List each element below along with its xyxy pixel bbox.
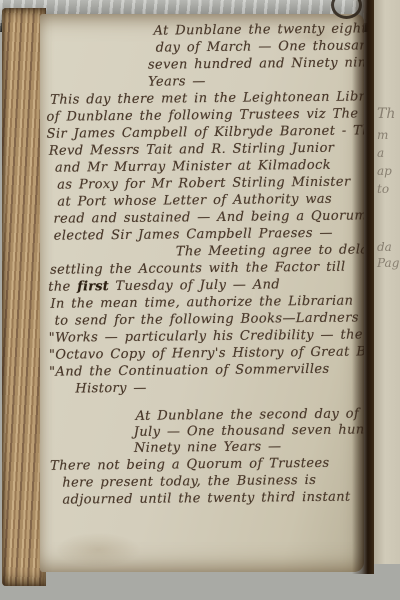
gutter-shadow	[352, 0, 374, 574]
manuscript-line: There not being a Quorum of Trustees	[50, 454, 364, 474]
line-fragment: Tuesday of July — And	[109, 277, 280, 294]
entry-march-body: This day there met in the Leightonean Li…	[46, 88, 364, 244]
facing-text-fragment: da	[377, 240, 392, 254]
manuscript-line: settling the Accounts with the Factor ti…	[48, 258, 364, 278]
line-fragment: the	[48, 279, 77, 294]
facing-text-fragment: Pag	[377, 256, 399, 270]
facing-text-fragment: a	[377, 146, 384, 160]
manuscript-line: "And the Continuation of Sommervilles	[49, 360, 364, 380]
facing-text-fragment: to	[377, 182, 389, 196]
handwritten-text: At Dunblane the twenty eighth day of Mar…	[45, 20, 364, 508]
resolution-body: The Meeting agree to delay settling the …	[48, 241, 364, 397]
emphasized-word: first	[77, 279, 109, 294]
manuscript-line: July — One thousand seven hundred and	[50, 422, 364, 441]
manuscript-line: History —	[49, 377, 364, 397]
entry-july-body: There not being a Quorum of Trustees her…	[50, 454, 364, 508]
entry-heading-july: At Dunblane the second day of July — One…	[50, 406, 364, 457]
manuscript-line: adjourned until the twenty third instant	[50, 488, 364, 508]
facing-text-fragment: Th	[377, 106, 395, 122]
facing-text-fragment: ap	[377, 164, 392, 178]
facing-text-fragment: m	[377, 128, 388, 142]
entry-heading-march: At Dunblane the twenty eighth day of Mar…	[45, 20, 364, 91]
manuscript-photo: At Dunblane the twenty eighth day of Mar…	[0, 0, 400, 600]
manuscript-page: At Dunblane the twenty eighth day of Mar…	[40, 14, 364, 572]
facing-page-sliver: Th m a ap to da Pag	[373, 0, 400, 564]
manuscript-line: seven hundred and Ninety nine	[46, 54, 364, 74]
